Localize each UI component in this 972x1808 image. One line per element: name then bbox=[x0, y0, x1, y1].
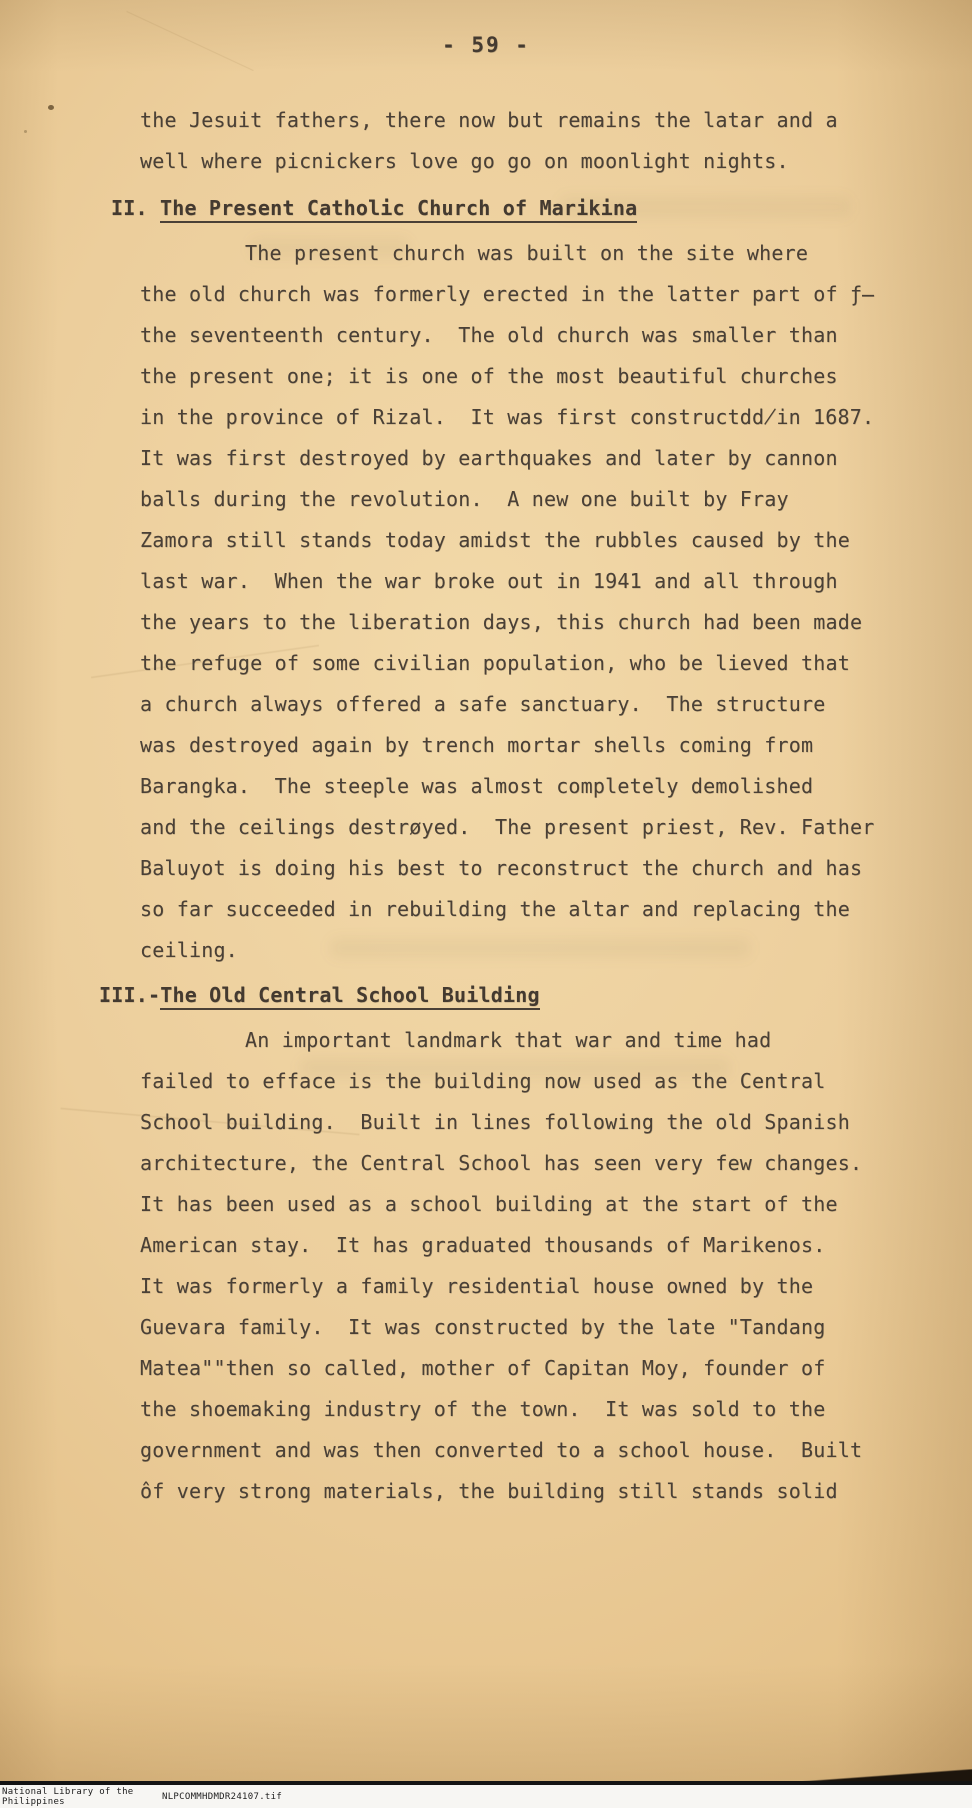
text-line: It has been used as a school building at… bbox=[140, 1184, 900, 1225]
scanner-footer-bar: National Library of the Philippines NLPC… bbox=[0, 1781, 972, 1808]
typewritten-body: the Jesuit fathers, there now but remain… bbox=[140, 100, 900, 1512]
text-line: American stay. It has graduated thousand… bbox=[140, 1225, 900, 1266]
text-line: the seventeenth century. The old church … bbox=[140, 315, 900, 356]
page-number: - 59 - bbox=[0, 33, 972, 57]
text-line: failed to efface is the building now use… bbox=[140, 1061, 900, 1102]
text-line: in the province of Rizal. It was first c… bbox=[140, 397, 900, 438]
section-numeral: III.- bbox=[99, 983, 160, 1007]
text-line: architecture, the Central School has see… bbox=[140, 1143, 900, 1184]
text-line: Matea""then so called, mother of Capitan… bbox=[140, 1348, 900, 1389]
text-line: balls during the revolution. A new one b… bbox=[140, 479, 900, 520]
library-credit: National Library of the Philippines bbox=[2, 1787, 160, 1807]
text-line: last war. When the war broke out in 1941… bbox=[140, 561, 900, 602]
text-line: the refuge of some civilian population, … bbox=[140, 643, 900, 684]
scanned-page: - 59 - the Jesuit fathers, there now but… bbox=[0, 0, 972, 1808]
text-line: Barangka. The steeple was almost complet… bbox=[140, 766, 900, 807]
text-line: the Jesuit fathers, there now but remain… bbox=[140, 100, 900, 141]
section-ii-paragraph: The present church was built on the site… bbox=[140, 233, 900, 971]
scan-filename: NLPCOMMHDMDR24107.tif bbox=[162, 1792, 282, 1802]
section-heading-iii: III.-The Old Central School Building bbox=[99, 975, 900, 1016]
ink-speck bbox=[24, 130, 27, 133]
section-iii-paragraph: An important landmark that war and time … bbox=[140, 1020, 900, 1512]
text-line: Baluyot is doing his best to reconstruct… bbox=[140, 848, 900, 889]
text-line: was destroyed again by trench mortar she… bbox=[140, 725, 900, 766]
text-line: ceiling. bbox=[140, 930, 900, 971]
text-line: Zamora still stands today amidst the rub… bbox=[140, 520, 900, 561]
text-line: so far succeeded in rebuilding the altar… bbox=[140, 889, 900, 930]
text-line: the present one; it is one of the most b… bbox=[140, 356, 900, 397]
ink-speck bbox=[48, 105, 54, 110]
text-line: government and was then converted to a s… bbox=[140, 1430, 900, 1471]
text-line: a church always offered a safe sanctuary… bbox=[140, 684, 900, 725]
text-line: An important landmark that war and time … bbox=[140, 1020, 900, 1061]
text-line: ôf very strong materials, the building s… bbox=[140, 1471, 900, 1512]
text-line: The present church was built on the site… bbox=[140, 233, 900, 274]
section-heading-ii: II. The Present Catholic Church of Marik… bbox=[111, 188, 900, 229]
text-line: Guevara family. It was constructed by th… bbox=[140, 1307, 900, 1348]
section-title: The Present Catholic Church of Marikina bbox=[160, 196, 637, 223]
text-line: the years to the liberation days, this c… bbox=[140, 602, 900, 643]
text-line: the shoemaking industry of the town. It … bbox=[140, 1389, 900, 1430]
text-line: and the ceilings destrøyed. The present … bbox=[140, 807, 900, 848]
text-line: well where picnickers love go go on moon… bbox=[140, 141, 900, 182]
text-line: School building. Built in lines followin… bbox=[140, 1102, 900, 1143]
text-line: the old church was formerly erected in t… bbox=[140, 274, 900, 315]
section-title: The Old Central School Building bbox=[160, 983, 539, 1010]
text-line: It was formerly a family residential hou… bbox=[140, 1266, 900, 1307]
section-numeral: II. bbox=[111, 196, 160, 220]
text-line: It was first destroyed by earthquakes an… bbox=[140, 438, 900, 479]
